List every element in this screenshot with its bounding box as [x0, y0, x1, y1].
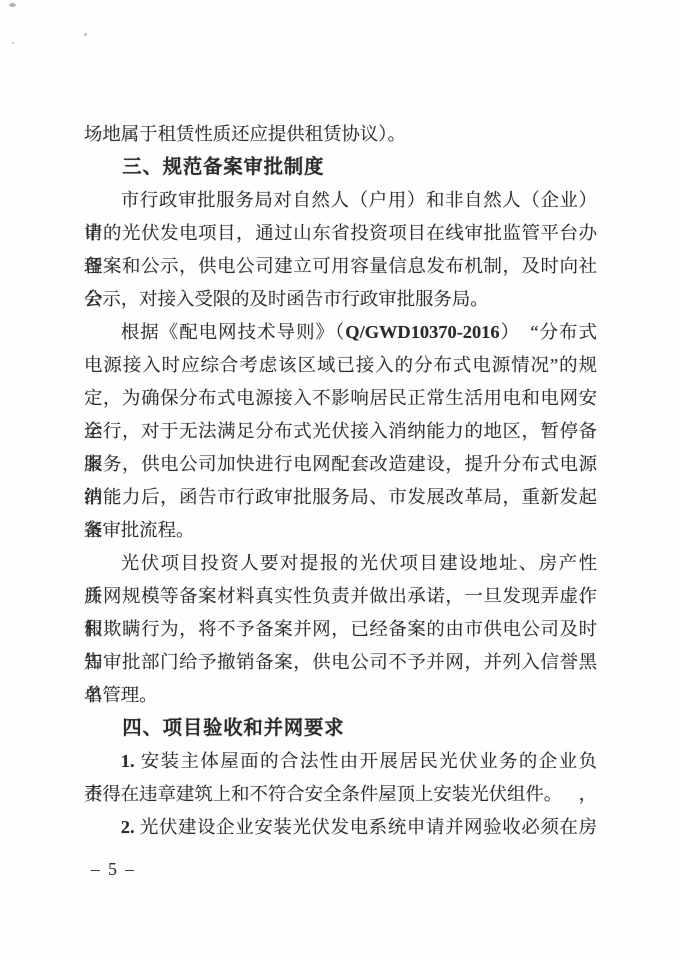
- text-run: 四、项目验收和并网要求: [122, 718, 344, 739]
- text-line: 并网规模等备案材料真实性负责并做出承诺，一旦发现弄虚作假: [84, 580, 597, 613]
- text-run: 场地属于租赁性质还应提供租赁协议）。: [84, 124, 406, 144]
- text-run: 2.: [121, 817, 135, 837]
- text-line: 不得在违章建筑上和不符合安全条件屋顶上安装光伏组件。: [84, 778, 597, 811]
- text-line: 电源接入时应综合考虑该区域已接入的分布式电源情况”的规: [84, 349, 597, 382]
- page-number: – 5 –: [91, 853, 136, 886]
- scan-speckle: [84, 33, 87, 36]
- text-line: 和欺瞒行为，将不予备案并网，已经备案的由市供电公司及时告: [84, 613, 597, 646]
- text-run: Q/GWD10370-2016: [345, 322, 499, 342]
- text-run: 1.: [121, 751, 135, 771]
- text-line: 根据《配电网技术导则》（Q/GWD10370-2016） “分布式: [84, 316, 597, 349]
- section-heading: 三、规范备案审批制度: [84, 151, 597, 184]
- text-run: 案审批流程。: [84, 520, 194, 540]
- text-line: 单管理。: [84, 679, 597, 712]
- text-line: 1. 安装主体屋面的合法性由开展居民光伏业务的企业负责，: [84, 745, 597, 778]
- text-line: 2. 光伏建设企业安装光伏发电系统申请并网验收必须在房: [84, 811, 597, 844]
- section-heading: 四、项目验收和并网要求: [84, 712, 597, 745]
- text-line: 场地属于租赁性质还应提供租赁协议）。: [84, 118, 597, 151]
- text-run: ） “分布式: [500, 322, 597, 342]
- text-line: 市行政审批服务局对自然人（户用）和非自然人（企业）申: [84, 184, 597, 217]
- scan-speckle: [12, 42, 14, 44]
- text-run: 公示，对接入受限的及时函告市行政审批服务局。: [84, 289, 489, 309]
- document-page: 场地属于租赁性质还应提供租赁协议）。三、规范备案审批制度市行政审批服务局对自然人…: [0, 0, 680, 960]
- text-line: 知审批部门给予撤销备案，供电公司不予并网，并列入信誉黑名: [84, 646, 597, 679]
- text-line: 请的光伏发电项目，通过山东省投资项目在线审批监管平台办理: [84, 217, 597, 250]
- text-run: 单管理。: [84, 685, 158, 705]
- text-run: 三、规范备案审批制度: [122, 157, 324, 178]
- text-line: 公示，对接入受限的及时函告市行政审批服务局。: [84, 283, 597, 316]
- text-run: 光伏建设企业安装光伏发电系统申请并网验收必须在房: [135, 817, 597, 837]
- text-line: 定，为确保分布式电源接入不影响居民正常生活用电和电网安全: [84, 382, 597, 415]
- text-line: 服务，供电公司加快进行电网配套改造建设，提升分布式电源消: [84, 448, 597, 481]
- text-run: 根据《配电网技术导则》（: [121, 322, 346, 342]
- text-line: 案审批流程。: [84, 514, 597, 547]
- text-run: 电源接入时应综合考虑该区域已接入的分布式电源情况”的规: [84, 355, 597, 375]
- text-line: 光伏项目投资人要对提报的光伏项目建设地址、房产性质、: [84, 547, 597, 580]
- scan-speckle: [9, 3, 16, 7]
- document-body: 场地属于租赁性质还应提供租赁协议）。三、规范备案审批制度市行政审批服务局对自然人…: [84, 118, 597, 844]
- text-line: 纳能力后，函告市行政审批服务局、市发展改革局，重新发起备: [84, 481, 597, 514]
- text-line: 备案和公示，供电公司建立可用容量信息发布机制，及时向社会: [84, 250, 597, 283]
- text-run: 不得在违章建筑上和不符合安全条件屋顶上安装光伏组件。: [84, 784, 562, 804]
- text-line: 运行，对于无法满足分布式光伏接入消纳能力的地区，暂停备案: [84, 415, 597, 448]
